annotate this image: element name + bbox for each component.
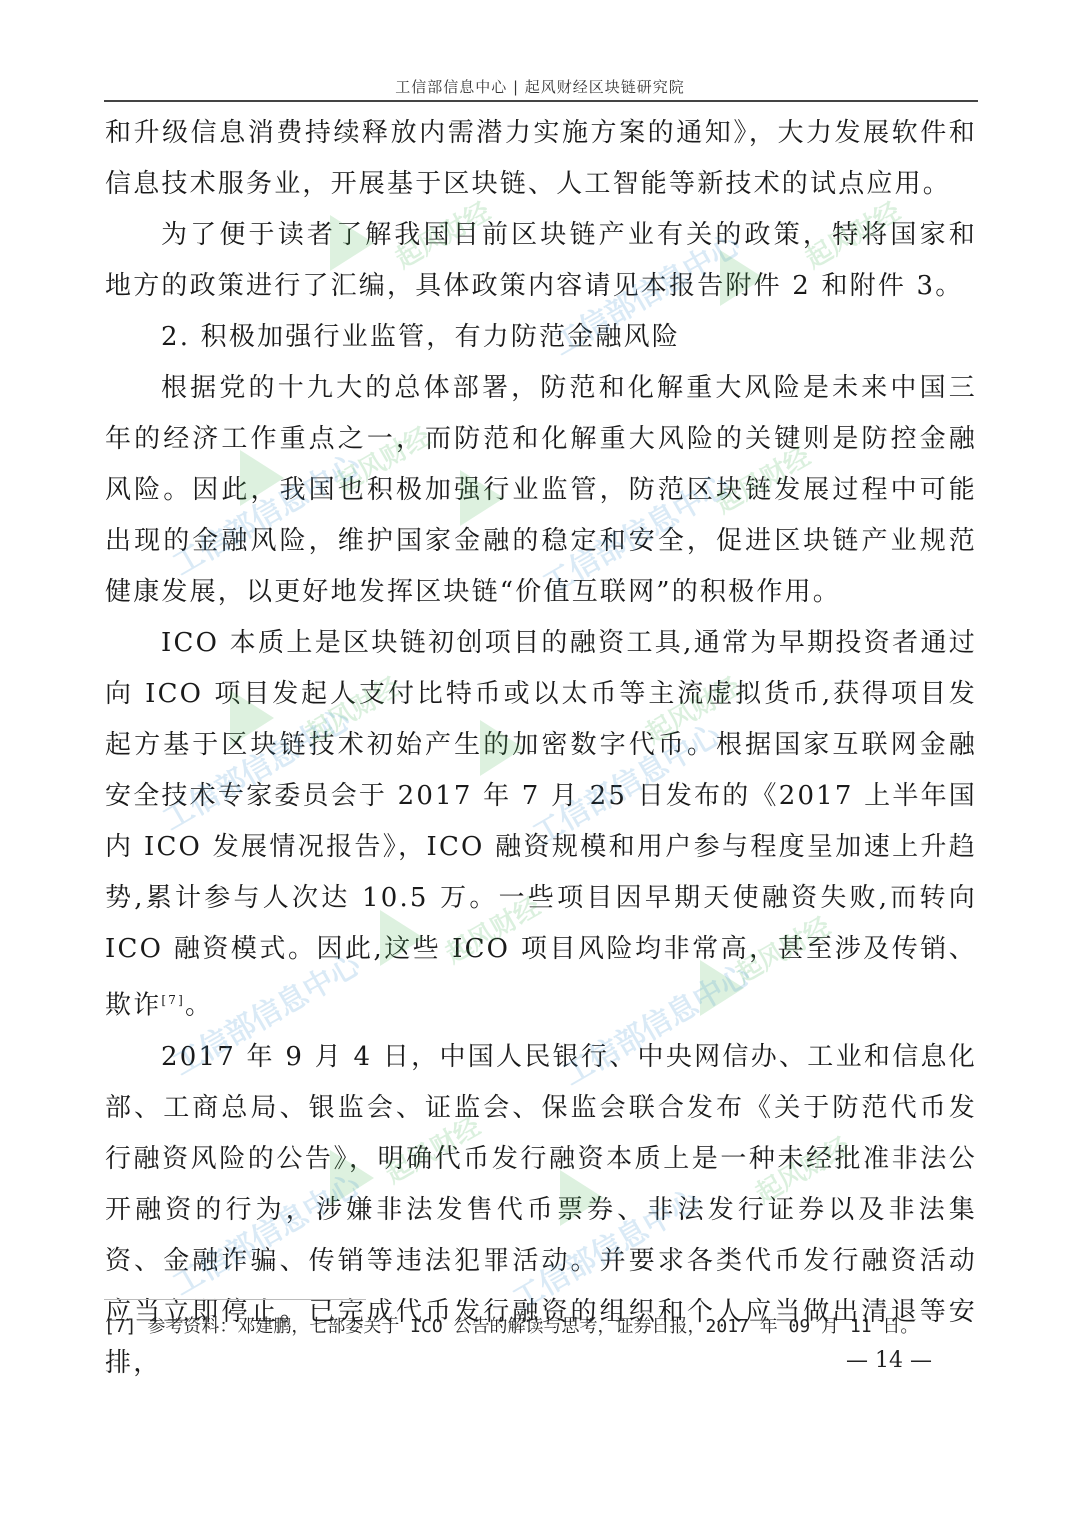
- footnote-divider: [104, 1299, 366, 1300]
- running-header: 工信部信息中心 | 起风财经区块链研究院: [104, 76, 976, 97]
- document-page: 工信部信息中心 | 起风财经区块链研究院 和升级信息消费持续释放内需潜力实施方案…: [0, 0, 1080, 1527]
- paragraph-continuation: 和升级信息消费持续释放内需潜力实施方案的通知》，大力发展软件和信息技术服务业，开…: [105, 108, 977, 210]
- paragraph: 根据党的十九大的总体部署，防范和化解重大风险是未来中国三年的经济工作重点之一，而…: [105, 363, 977, 618]
- paragraph-end-punct: 。: [185, 991, 213, 1021]
- body-text: 和升级信息消费持续释放内需潜力实施方案的通知》，大力发展软件和信息技术服务业，开…: [105, 108, 977, 1389]
- section-heading: 2. 积极加强行业监管，有力防范金融风险: [105, 312, 977, 363]
- paragraph-ico: ICO 本质上是区块链初创项目的融资工具,通常为早期投资者通过向 ICO 项目发…: [105, 618, 977, 1032]
- footnote-reference[interactable]: [7]: [161, 993, 185, 1007]
- footnote: [7] 参考资料：邓建鹏，七部委关于 ICO 公告的解读与思考，证券日报，201…: [104, 1312, 984, 1338]
- paragraph: 为了便于读者了解我国目前区块链产业有关的政策，特将国家和地方的政策进行了汇编，具…: [105, 210, 977, 312]
- paragraph-ico-text: ICO 本质上是区块链初创项目的融资工具,通常为早期投资者通过向 ICO 项目发…: [105, 628, 977, 1021]
- header-divider: [104, 100, 978, 102]
- page-number: — 14 —: [846, 1348, 932, 1373]
